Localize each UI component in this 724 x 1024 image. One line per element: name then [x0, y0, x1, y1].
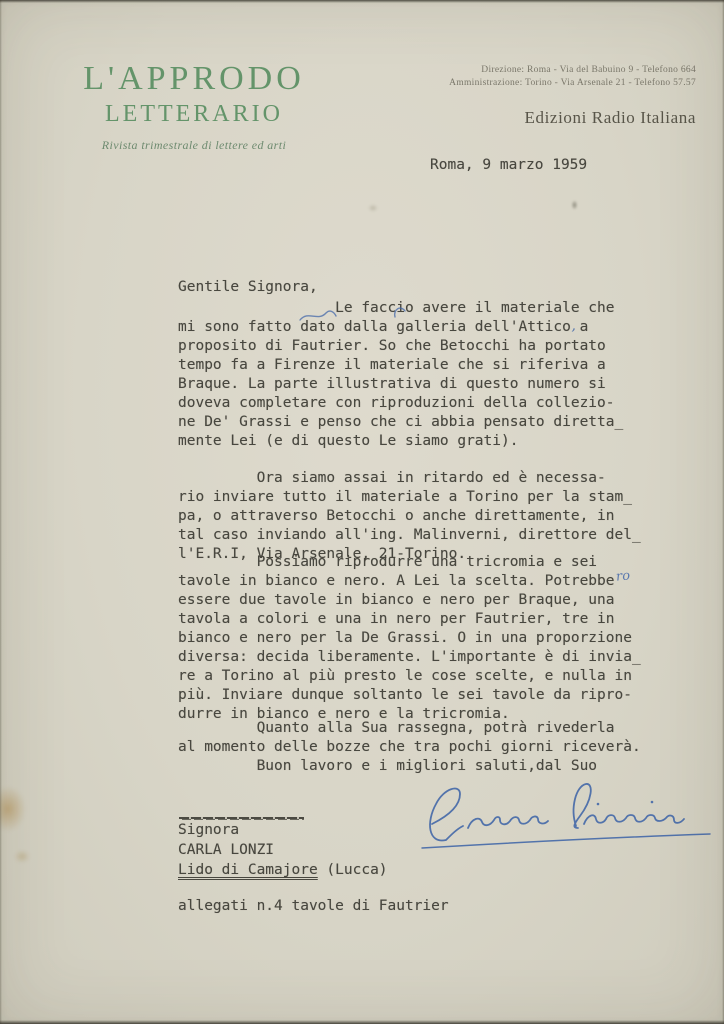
signature-word2-ascender [574, 784, 591, 828]
signature-word1 [468, 816, 548, 828]
salutation: Gentile Signora, [178, 278, 318, 297]
masthead-address-block: Direzione: Roma - Via del Babuino 9 - Te… [366, 64, 696, 90]
letterhead-subtitle: LETTERARIO [58, 100, 330, 128]
paragraph-3: Possiamo riprodurre una tricromia e sei … [178, 553, 641, 724]
scan-edge-top [0, 0, 724, 3]
signature-initial [430, 789, 463, 841]
enclosure-note: allegati n.4 tavole di Fautrier [178, 897, 449, 916]
letterhead-tagline: Rivista trimestrale di lettere ed arti [58, 138, 330, 153]
signature: Leone Piccioni [416, 778, 712, 862]
paper-stain [14, 850, 30, 863]
pen-correction-ro: ro [615, 568, 631, 584]
recipient-title: Signora [178, 821, 239, 840]
recipient-address-underlined: Lido di Camajore [178, 862, 318, 878]
recipient-address-suffix: (Lucca) [318, 862, 388, 878]
closing-line: Buon lavoro e i migliori saluti,dal Suo [178, 757, 597, 776]
recipient-address: Lido di Camajore (Lucca) [178, 861, 388, 880]
letterhead-title: L'APPRODO [58, 60, 330, 98]
paragraph-1: Le faccio avere il materiale che mi sono… [178, 299, 623, 451]
signature-underline [422, 834, 710, 848]
publisher-line: Edizioni Radio Italiana [525, 108, 696, 128]
letter-scan: L'APPRODO LETTERARIO Rivista trimestrale… [0, 0, 724, 1024]
paper-speck [571, 200, 578, 210]
letterhead: L'APPRODO LETTERARIO Rivista trimestrale… [58, 60, 330, 153]
paper-speck [368, 204, 378, 212]
direzione-line: Direzione: Roma - Via del Babuino 9 - Te… [366, 64, 696, 77]
amministrazione-line: Amministrazione: Torino - Via Arsenale 2… [366, 77, 696, 90]
signature-i-dot [651, 801, 654, 804]
scan-edge-left [0, 0, 2, 1024]
paragraph-4: Quanto alla Sua rassegna, potrà rivederl… [178, 719, 641, 757]
recipient-name: CARLA LONZI [178, 841, 274, 860]
signature-word2 [584, 815, 684, 824]
signature-i-dot [597, 803, 600, 806]
paper-stain [0, 786, 26, 832]
dateline: Roma, 9 marzo 1959 [430, 157, 587, 173]
signature-svg [416, 778, 712, 862]
scan-edge-bottom [0, 1020, 724, 1024]
paragraph-2: Ora siamo assai in ritardo ed è necessa-… [178, 469, 641, 564]
